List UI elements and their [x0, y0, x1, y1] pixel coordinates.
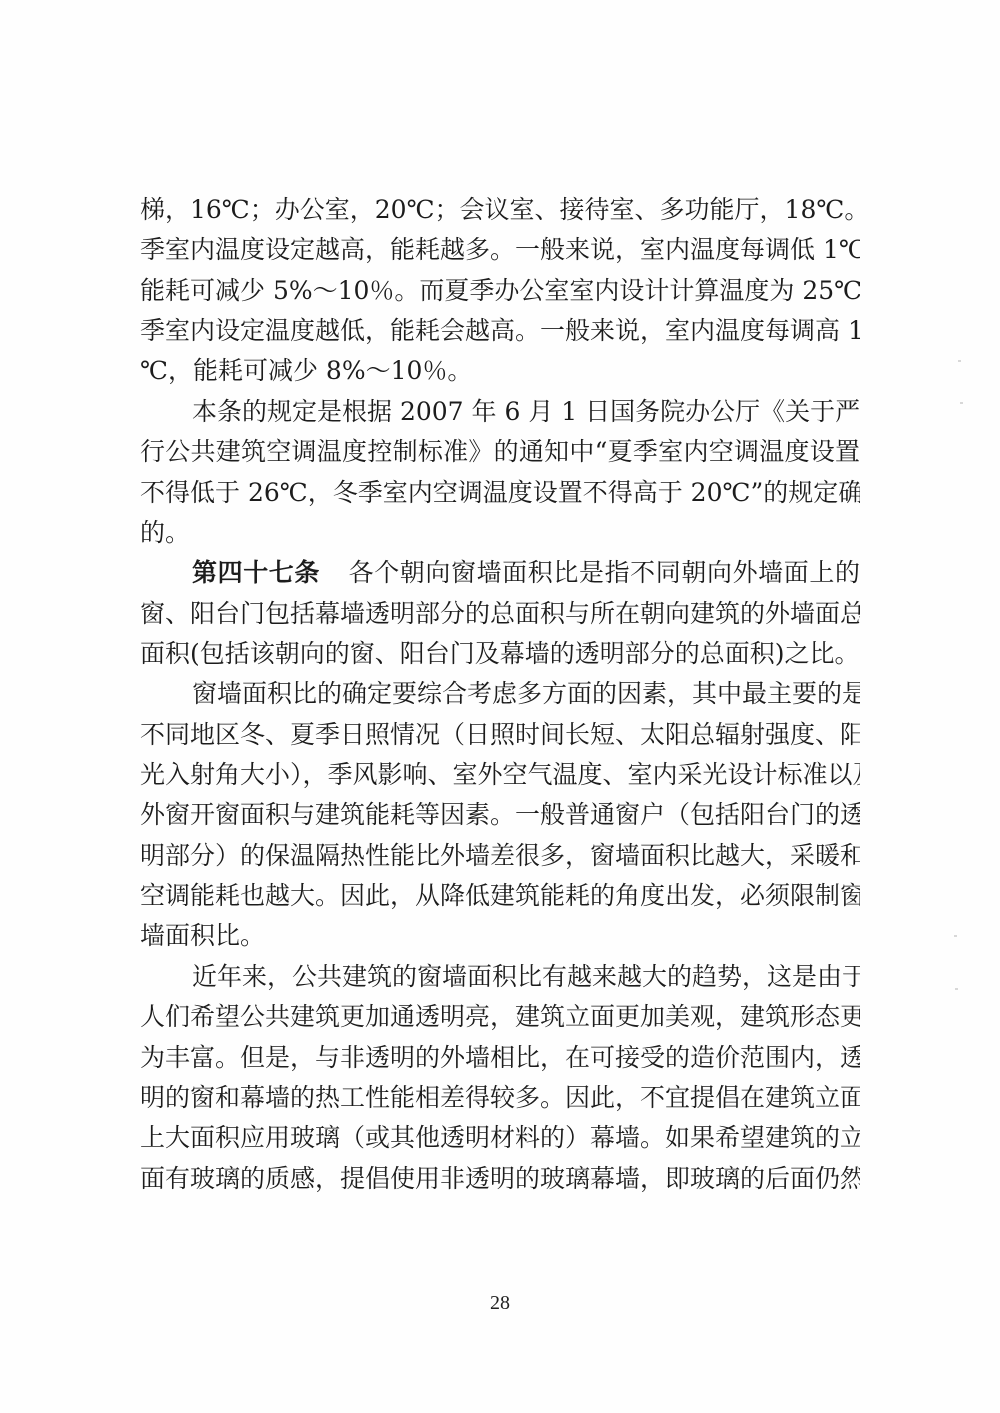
- paragraph-recent-trends: 近年来，公共建筑的窗墙面积比有越来越大的趋势，这是由于 人们希望公共建筑更加通透…: [140, 957, 860, 1199]
- document-page: 梯，16℃；办公室，20℃；会议室、接待室、多功能厅，18℃。冬 季室内温度设定…: [0, 0, 1000, 1413]
- article-heading: 第四十七条: [192, 558, 320, 587]
- paragraph-temperature-settings: 梯，16℃；办公室，20℃；会议室、接待室、多功能厅，18℃。冬 季室内温度设定…: [140, 190, 860, 392]
- text-line: 季室内设定温度越低，能耗会越高。一般来说，室内温度每调高 1: [140, 311, 860, 351]
- text-line: 外窗开窗面积与建筑能耗等因素。一般普通窗户（包括阳台门的透: [140, 795, 860, 835]
- text-line: 不同地区冬、夏季日照情况（日照时间长短、太阳总辐射强度、阳: [140, 715, 860, 755]
- page-number: 28: [0, 1292, 1000, 1315]
- text-line: 第四十七条各个朝向窗墙面积比是指不同朝向外墙面上的: [140, 553, 860, 593]
- text-line: 上大面积应用玻璃（或其他透明材料的）幕墙。如果希望建筑的立: [140, 1118, 860, 1158]
- text-line: 光入射角大小），季风影响、室外空气温度、室内采光设计标准以及: [140, 755, 860, 795]
- text-line: 空调能耗也越大。因此，从降低建筑能耗的角度出发，必须限制窗: [140, 876, 860, 916]
- text-line: ℃，能耗可减少 8%～10％。: [140, 351, 860, 391]
- text-line: 面积(包括该朝向的窗、阳台门及幕墙的透明部分的总面积)之比。: [140, 634, 860, 674]
- text-line: 窗墙面积比的确定要综合考虑多方面的因素，其中最主要的是: [140, 674, 860, 714]
- text-line: 季室内温度设定越高，能耗越多。一般来说，室内温度每调低 1℃，: [140, 230, 860, 270]
- text-line: 不得低于 26℃，冬季室内空调温度设置不得高于 20℃”的规定确定: [140, 473, 860, 513]
- scan-artifact: [954, 935, 957, 937]
- text-line: 梯，16℃；办公室，20℃；会议室、接待室、多功能厅，18℃。冬: [140, 190, 860, 230]
- article-text: 各个朝向窗墙面积比是指不同朝向外墙面上的: [348, 558, 860, 587]
- scan-artifact: [955, 988, 958, 990]
- text-line: 窗、阳台门包括幕墙透明部分的总面积与所在朝向建筑的外墙面总: [140, 594, 860, 634]
- text-line: 人们希望公共建筑更加通透明亮，建筑立面更加美观，建筑形态更: [140, 997, 860, 1037]
- scan-artifact: [960, 402, 963, 404]
- text-line: 明的窗和幕墙的热工性能相差得较多。因此，不宜提倡在建筑立面: [140, 1078, 860, 1118]
- text-line: 面有玻璃的质感，提倡使用非透明的玻璃幕墙，即玻璃的后面仍然: [140, 1159, 860, 1199]
- text-line: 近年来，公共建筑的窗墙面积比有越来越大的趋势，这是由于: [140, 957, 860, 997]
- text-line: 为丰富。但是，与非透明的外墙相比，在可接受的造价范围内，透: [140, 1038, 860, 1078]
- paragraph-regulation-basis: 本条的规定是根据 2007 年 6 月 1 日国务院办公厅《关于严格执 行公共建…: [140, 392, 860, 553]
- scan-artifact: [958, 360, 961, 362]
- text-line: 本条的规定是根据 2007 年 6 月 1 日国务院办公厅《关于严格执: [140, 392, 860, 432]
- paragraph-window-wall-ratio-factors: 窗墙面积比的确定要综合考虑多方面的因素，其中最主要的是 不同地区冬、夏季日照情况…: [140, 674, 860, 957]
- text-line: 能耗可减少 5%～10％。而夏季办公室室内设计计算温度为 25℃。夏: [140, 271, 860, 311]
- paragraph-article-47: 第四十七条各个朝向窗墙面积比是指不同朝向外墙面上的 窗、阳台门包括幕墙透明部分的…: [140, 553, 860, 674]
- text-line: 行公共建筑空调温度控制标准》的通知中“夏季室内空调温度设置: [140, 432, 860, 472]
- text-line: 明部分）的保温隔热性能比外墙差很多，窗墙面积比越大，采暖和: [140, 836, 860, 876]
- text-line: 的。: [140, 513, 860, 553]
- text-line: 墙面积比。: [140, 916, 860, 956]
- body-text: 梯，16℃；办公室，20℃；会议室、接待室、多功能厅，18℃。冬 季室内温度设定…: [140, 190, 860, 1199]
